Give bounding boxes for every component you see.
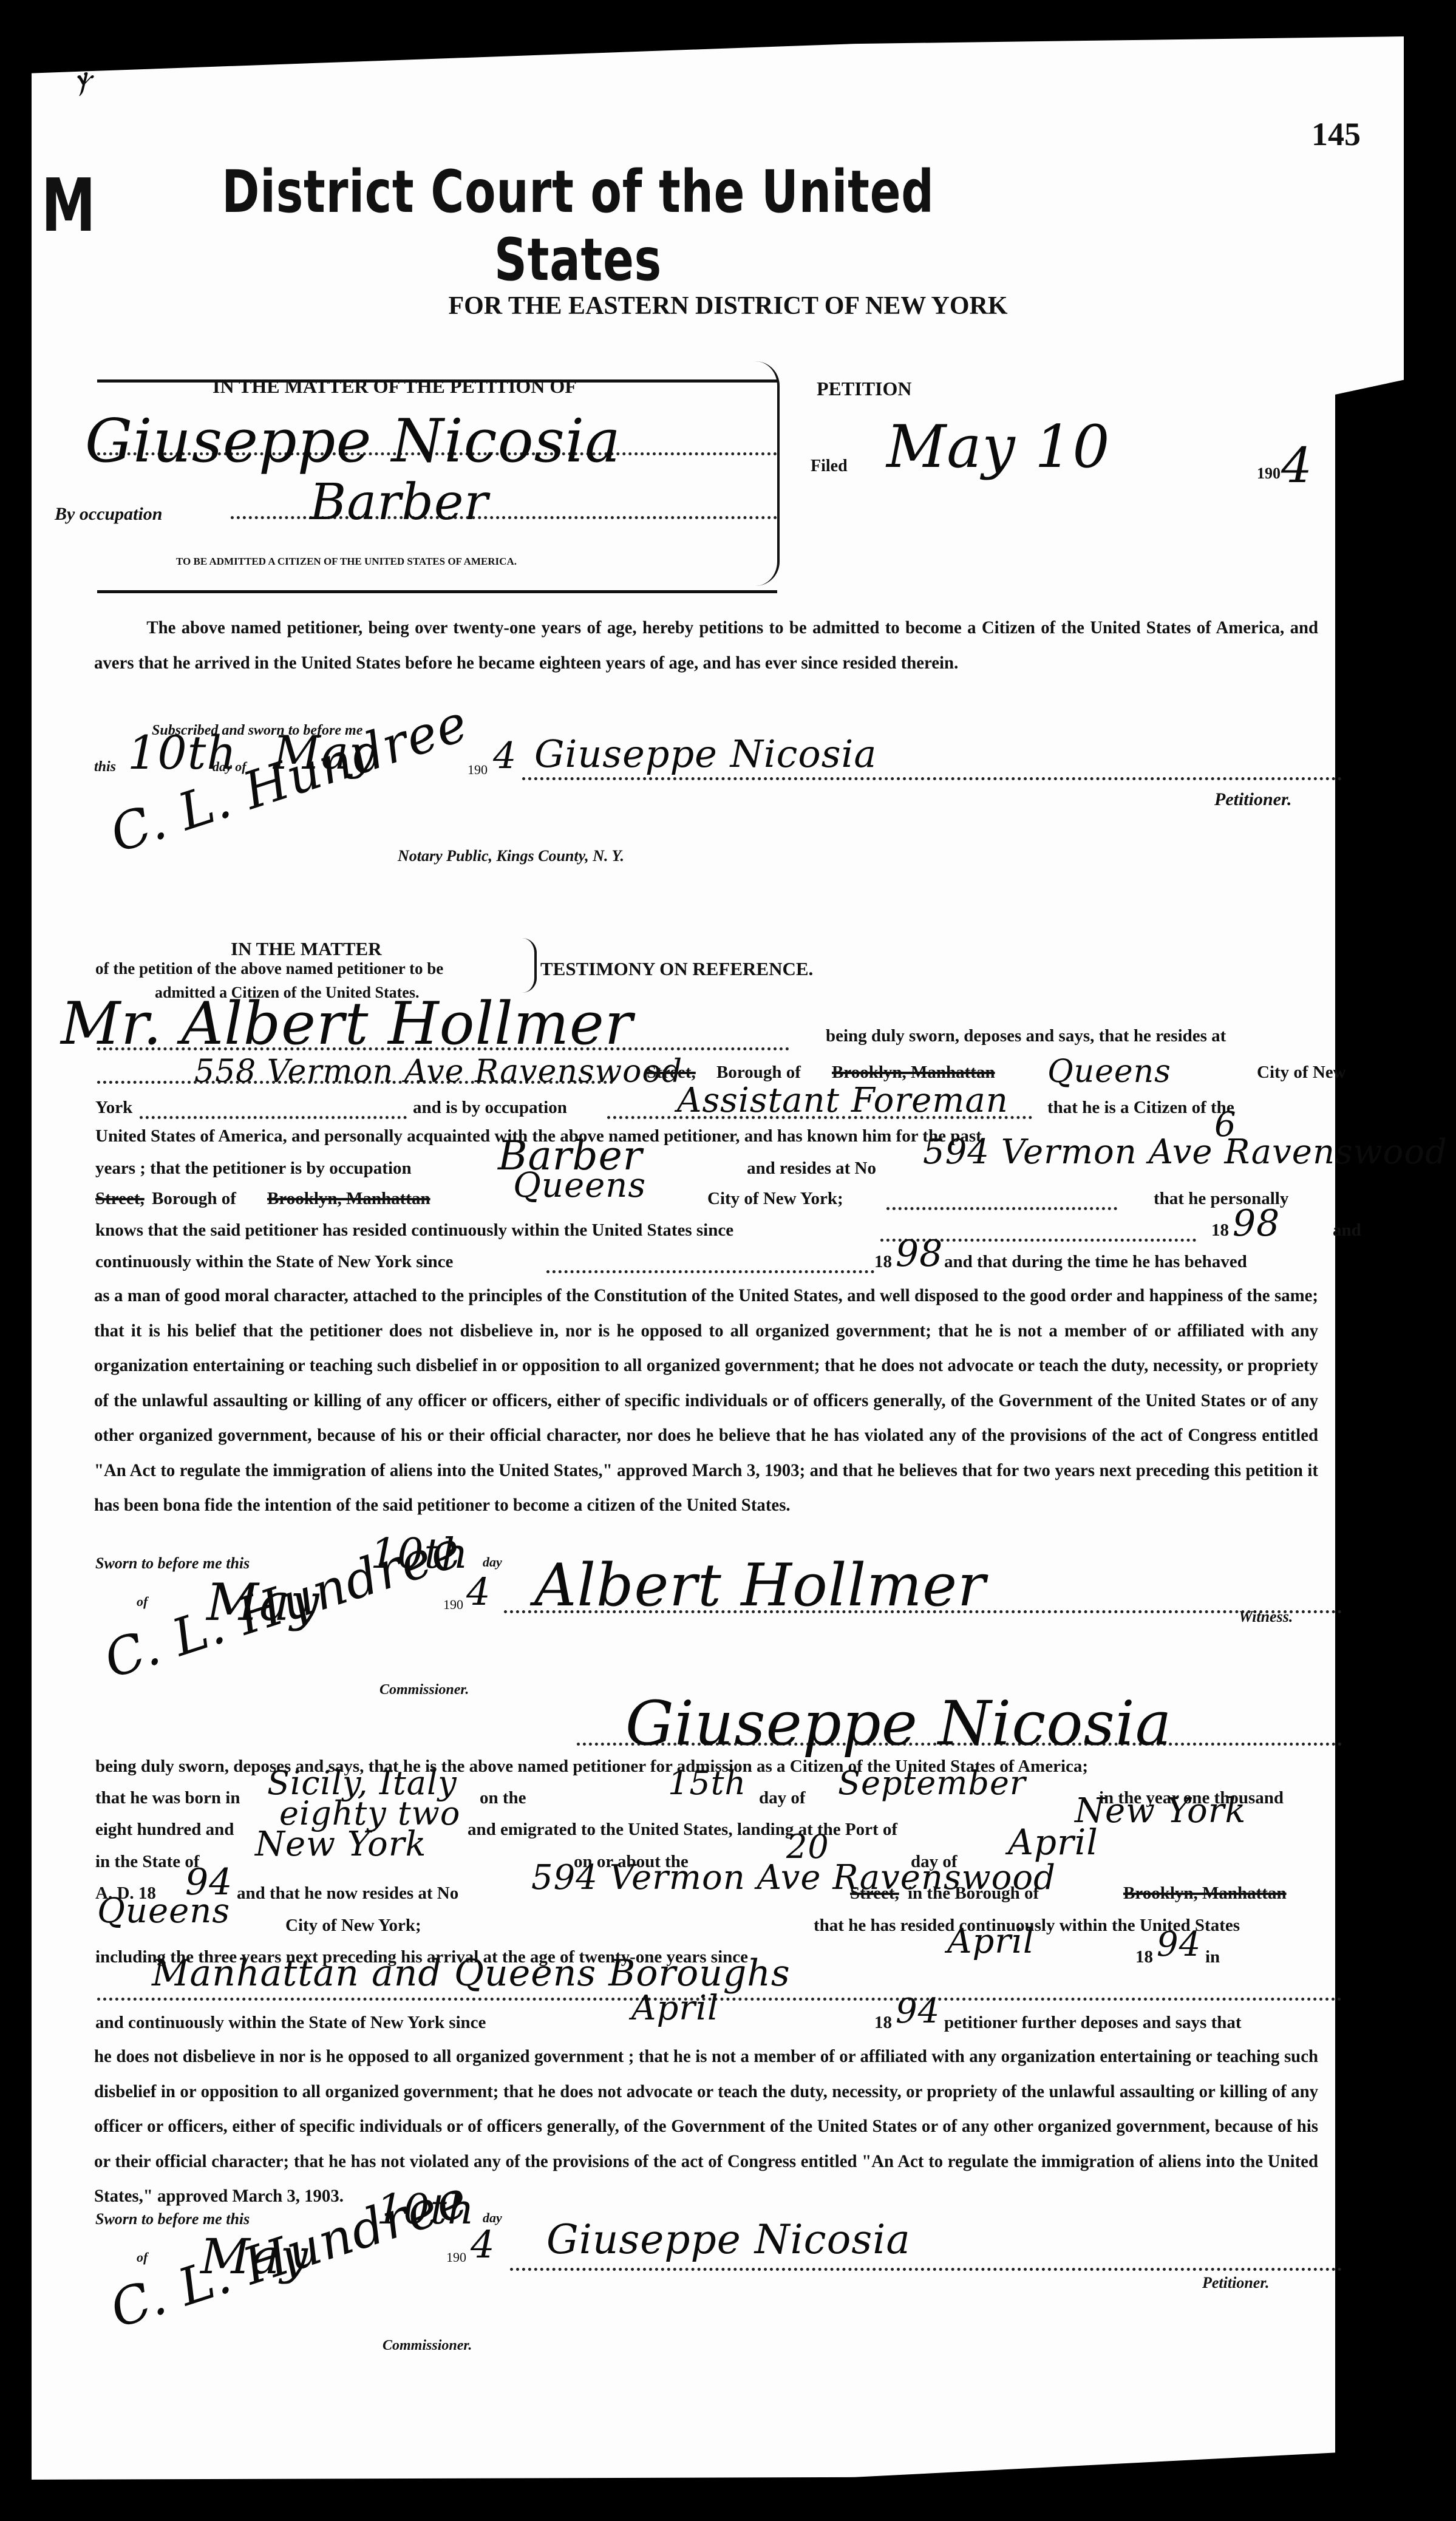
filed-year-suffix: 4 (1281, 437, 1313, 494)
affidavit-borough-struck: Brooklyn, Manhattan (1123, 1883, 1287, 1904)
birth-month: September (838, 1764, 1026, 1802)
petition-year-suffix: 4 (493, 735, 517, 777)
witness-occupation-label: and is by occupation (413, 1098, 567, 1118)
petitioner-address: 594 Vermon Ave Ravenswood (923, 1132, 1447, 1172)
city-label: City of New (1257, 1063, 1346, 1083)
state-label: in the State of (95, 1852, 200, 1872)
testimony-year-prefix: 190 (443, 1597, 463, 1613)
petition-year-prefix: 190 (468, 762, 488, 778)
years-label: years ; that the petitioner is by occupa… (95, 1158, 412, 1179)
stamp-letter: M (41, 164, 96, 248)
borough-label: Borough of (716, 1063, 801, 1083)
borough-label-2: Borough of (152, 1189, 236, 1209)
affidavit-year-suffix: 4 (471, 2222, 495, 2267)
us-since-text: knows that the said petitioner has resid… (95, 1220, 733, 1240)
testimony-line1-text: being duly sworn, deposes and says, that… (826, 1026, 1226, 1046)
street-struck: Street, (647, 1063, 696, 1083)
ny-since-text: continuously within the State of New Yor… (95, 1252, 453, 1272)
petitioner-borough: Queens (513, 1166, 646, 1205)
arrival-month: April (1008, 1822, 1098, 1863)
affidavit-signature: Giuseppe Nicosia (546, 2216, 911, 2263)
court-subtitle: FOR THE EASTERN DISTRICT OF NEW YORK (0, 291, 1456, 321)
affidavit-resides-label: and that he now resides at No (237, 1883, 458, 1904)
petitioner-label: Petitioner. (1214, 789, 1292, 810)
witness-occupation: Assistant Foreman (677, 1081, 1009, 1120)
affidavit-petitioner-signature: Giuseppe Nicosia (625, 1688, 1172, 1759)
petitioner-name: Giuseppe Nicosia (85, 407, 621, 476)
filed-year-prefix: 190 (1257, 464, 1281, 483)
behaved-text: and that during the time he has behaved (944, 1252, 1247, 1272)
eight-hundred-label: eight hundred and (95, 1820, 234, 1840)
ny-year-prefix: 18 (874, 2013, 892, 2033)
filed-label: Filed (811, 457, 848, 476)
page-number: 145 (1311, 115, 1361, 153)
us-since-year: 98 (1233, 1202, 1280, 1245)
affidavit-borough-label: in the Borough of (908, 1883, 1039, 1904)
occupation-value: Barber (310, 474, 489, 531)
filed-date: May 10 (886, 413, 1110, 481)
witness-signature: Albert Hollmer (534, 1551, 986, 1619)
testimony-day-label: day (483, 1554, 502, 1570)
on-the-label: on the (480, 1788, 526, 1808)
court-title: District Court of the United States (152, 158, 1004, 294)
state: New York (255, 1825, 426, 1864)
testimony-of-label: of (137, 1594, 148, 1610)
witness-label: Witness. (1239, 1608, 1293, 1626)
testimony-year-suffix: 4 (466, 1570, 491, 1614)
since-month: April (947, 1922, 1035, 1961)
ny-since-year-prefix: 18 (874, 1252, 892, 1272)
borough-struck-2: Brooklyn, Manhattan (267, 1189, 430, 1209)
affidavit-year-prefix: 190 (446, 2250, 466, 2265)
further-label: petitioner further deposes and says that (944, 2013, 1242, 2033)
corner-note: Ⲯ (73, 70, 92, 98)
caption-bracket (753, 361, 780, 586)
testimony-bracket (522, 938, 537, 993)
affidavit-city-label: City of New York; (285, 1916, 421, 1936)
city-label-2: City of New York; (707, 1189, 843, 1209)
boroughs-line (97, 1998, 1342, 2001)
caption-bottom-rule (97, 590, 777, 593)
affidavit-of-label: of (137, 2250, 148, 2265)
affidavit-commissioner-label: Commissioner. (383, 2338, 472, 2354)
petitioner-signature: Giuseppe Nicosia (534, 732, 877, 776)
ny-year: 94 (896, 1992, 940, 2031)
street-struck-2: Street, (95, 1189, 145, 1209)
affidavit-petitioner-label: Petitioner. (1202, 2274, 1270, 2292)
ny-month: April (631, 1989, 719, 2028)
testimony-matter-label: IN THE MATTER (231, 938, 382, 960)
testimony-body: as a man of good moral character, attach… (94, 1278, 1318, 1523)
witness-borough: Queens (1047, 1053, 1171, 1090)
citizen-text: that he is a Citizen of the (1047, 1098, 1234, 1118)
us-since-year-prefix: 18 (1211, 1220, 1229, 1240)
filing-label: PETITION (817, 378, 911, 400)
occupation-label: By occupation (55, 504, 163, 525)
since-year: 94 (1157, 1925, 1201, 1964)
ny-since-dots (546, 1270, 874, 1273)
borough-struck: Brooklyn, Manhattan (832, 1063, 995, 1083)
caption-purpose: TO BE ADMITTED A CITIZEN OF THE UNITED S… (176, 556, 517, 568)
since-year-prefix: 18 (1135, 1947, 1153, 1967)
petition-paragraph: The above named petitioner, being over t… (94, 610, 1318, 680)
york-dots (140, 1116, 407, 1119)
birth-day: 15th (668, 1764, 746, 1802)
this-label: this (94, 759, 116, 775)
born-label: that he was born in (95, 1788, 240, 1808)
witness-address: 558 Vermon Ave Ravenswood (194, 1053, 682, 1090)
ny-since-year: 98 (896, 1233, 943, 1275)
birth-day-of-label: day of (759, 1788, 806, 1808)
emigrated-label: and emigrated to the United States, land… (468, 1820, 897, 1840)
matter-heading: IN THE MATTER OF THE PETITION OF (213, 375, 577, 398)
affidavit-street-struck: Street, (850, 1883, 899, 1904)
petitioner-signature-line (522, 777, 1342, 780)
city-dots (886, 1207, 1117, 1210)
in-label: in (1205, 1947, 1220, 1967)
affidavit-sworn-label: Sworn to before me this (95, 2210, 250, 2228)
affidavit-body: he does not disbelieve in nor is he oppo… (94, 2039, 1318, 2214)
resides-label: and resides at No (747, 1158, 876, 1179)
york-label: York (95, 1098, 132, 1118)
notary-label: Notary Public, Kings County, N. Y. (398, 847, 624, 865)
affidavit-petitioner-sig-line (510, 2268, 1342, 2271)
testimony-heading: TESTIMONY ON REFERENCE. (540, 958, 813, 980)
testimony-sworn-label: Sworn to before me this (95, 1554, 250, 1573)
and-text: and (1333, 1220, 1361, 1240)
testimony-matter-text-1: of the petition of the above named petit… (95, 959, 443, 978)
witness-name: Mr. Albert Hollmer (61, 990, 633, 1058)
testimony-commissioner-label: Commissioner. (379, 1682, 469, 1698)
ny-label: and continuously within the State of New… (95, 2013, 486, 2033)
port: New York (1075, 1791, 1246, 1831)
affidavit-borough: Queens (97, 1891, 230, 1931)
